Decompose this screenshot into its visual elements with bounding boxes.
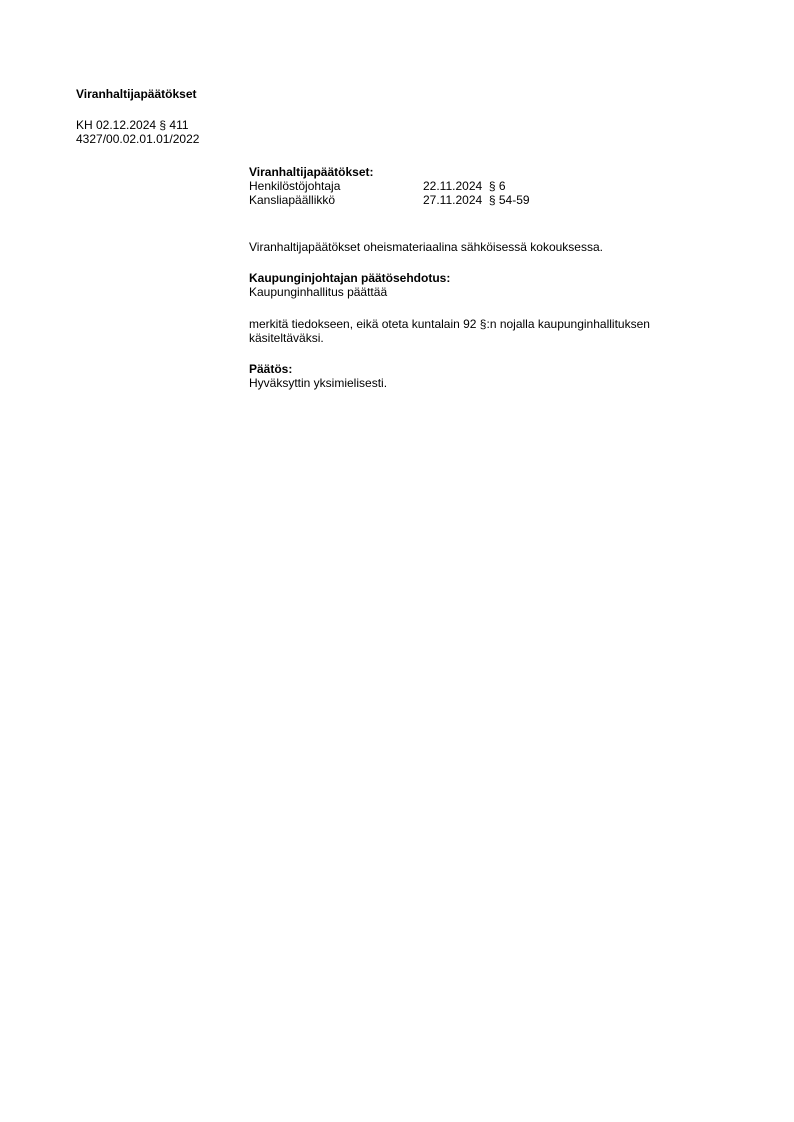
case-number: 4327/00.02.01.01/2022 [76,132,199,146]
proposal-detail-line-2: käsiteltäväksi. [249,331,324,345]
proposal-heading: Kaupunginjohtajan päätösehdotus: [249,271,450,285]
meeting-reference: KH 02.12.2024 § 411 [76,118,189,132]
decision-date: 22.11.2024 § 6 [423,179,506,193]
attachment-note: Viranhaltijapäätökset oheismateriaalina … [249,240,603,254]
decision-row: Kansliapäällikkö 27.11.2024 § 54-59 [249,193,649,207]
document-title: Viranhaltijapäätökset [76,87,197,101]
proposal-detail-line-1: merkitä tiedokseen, eikä oteta kuntalain… [249,317,650,331]
decision-row: Henkilöstöjohtaja 22.11.2024 § 6 [249,179,649,193]
official-title: Henkilöstöjohtaja [249,179,340,193]
proposal-text: Kaupunginhallitus päättää [249,285,387,299]
official-title: Kansliapäällikkö [249,193,335,207]
section-ref: § 6 [489,179,506,193]
decisions-heading: Viranhaltijapäätökset: [249,165,374,179]
decision-date: 27.11.2024 § 54-59 [423,193,530,207]
decision-text: Hyväksyttin yksimielisesti. [249,376,387,390]
section-ref: § 54-59 [489,193,530,207]
decision-heading: Päätös: [249,362,292,376]
